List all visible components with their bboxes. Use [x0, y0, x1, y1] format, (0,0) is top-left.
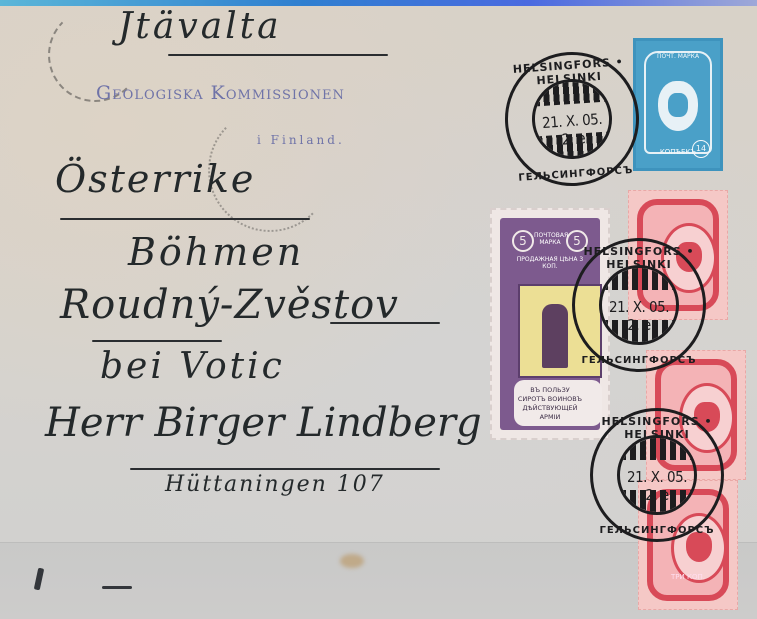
handwritten-recipient: Herr Birger Lindberg	[45, 400, 482, 446]
postmark-city-cyrillic: ГЕЛЬСИНГФОРСЪ	[575, 355, 703, 366]
printed-organization-name: Geologiska Kommissionen	[96, 82, 345, 104]
stamp-value-text: ТРИ КОП.	[653, 573, 723, 581]
stamp-text: ПОЧТ. МАРКА	[636, 53, 720, 60]
stamp-caption: ВЪ ПОЛЬЗУ СИРОТЪ ВОИНОВЪ ДѢЙСТВУЮЩЕЙ АРМ…	[516, 386, 584, 422]
handwritten-line-1: Jtävalta	[118, 6, 282, 47]
postmark-inner-ring: 21. X. 05. 2. e	[617, 435, 697, 515]
handwritten-locality: bei Votic	[100, 346, 285, 387]
underline	[168, 54, 388, 56]
stamp-value: 14	[692, 140, 710, 158]
caption-line: СИРОТЪ ВОИНОВЪ	[516, 395, 584, 404]
caption-line: ВЪ ПОЛЬЗУ	[516, 386, 584, 395]
cancel-bars	[602, 268, 676, 290]
postmark-inner-ring: 21. X. 05. 2. e	[599, 265, 679, 345]
handwritten-region: Böhmen	[128, 230, 304, 274]
caption-line: АРМІИ	[516, 413, 584, 422]
stamp-title: ПОЧТОВАЯ МАРКА	[534, 232, 566, 246]
statue-icon	[542, 304, 568, 368]
handwritten-street: Hüttaningen 107	[165, 472, 385, 497]
postmark-city-cyrillic: ГЕЛЬСИНГФОРСЪ	[593, 525, 721, 536]
eagle-icon	[686, 532, 712, 562]
caption-line: ДѢЙСТВУЮЩЕЙ	[516, 404, 584, 413]
underline	[60, 218, 310, 220]
coat-of-arms-icon	[658, 81, 698, 131]
stamp-value: 5	[512, 230, 534, 252]
postmark: HELSINGFORS • HELSINKI 21. X. 05. 2. e Г…	[572, 238, 706, 372]
postmark-inner-ring: 21. X. 05. 2. e	[529, 76, 614, 161]
ink-mark	[102, 586, 132, 589]
postmark: HELSINGFORS • HELSINKI 21. X. 05. 2. e Г…	[590, 408, 724, 542]
underline	[330, 322, 440, 324]
underline	[130, 468, 440, 470]
cancel-bars	[602, 320, 676, 342]
blue-indicium-stamp: ПОЧТ. МАРКА КОПѢЕКЪ 14	[633, 38, 723, 171]
cancel-bars	[620, 438, 694, 460]
cancel-bars	[536, 131, 611, 158]
cancel-bars	[533, 80, 608, 107]
underline	[92, 340, 222, 342]
handwritten-country: Österrike	[55, 157, 255, 201]
cancel-bars	[620, 490, 694, 512]
paper-stain	[340, 554, 364, 568]
printed-organization-subline: i Finland.	[257, 133, 345, 147]
